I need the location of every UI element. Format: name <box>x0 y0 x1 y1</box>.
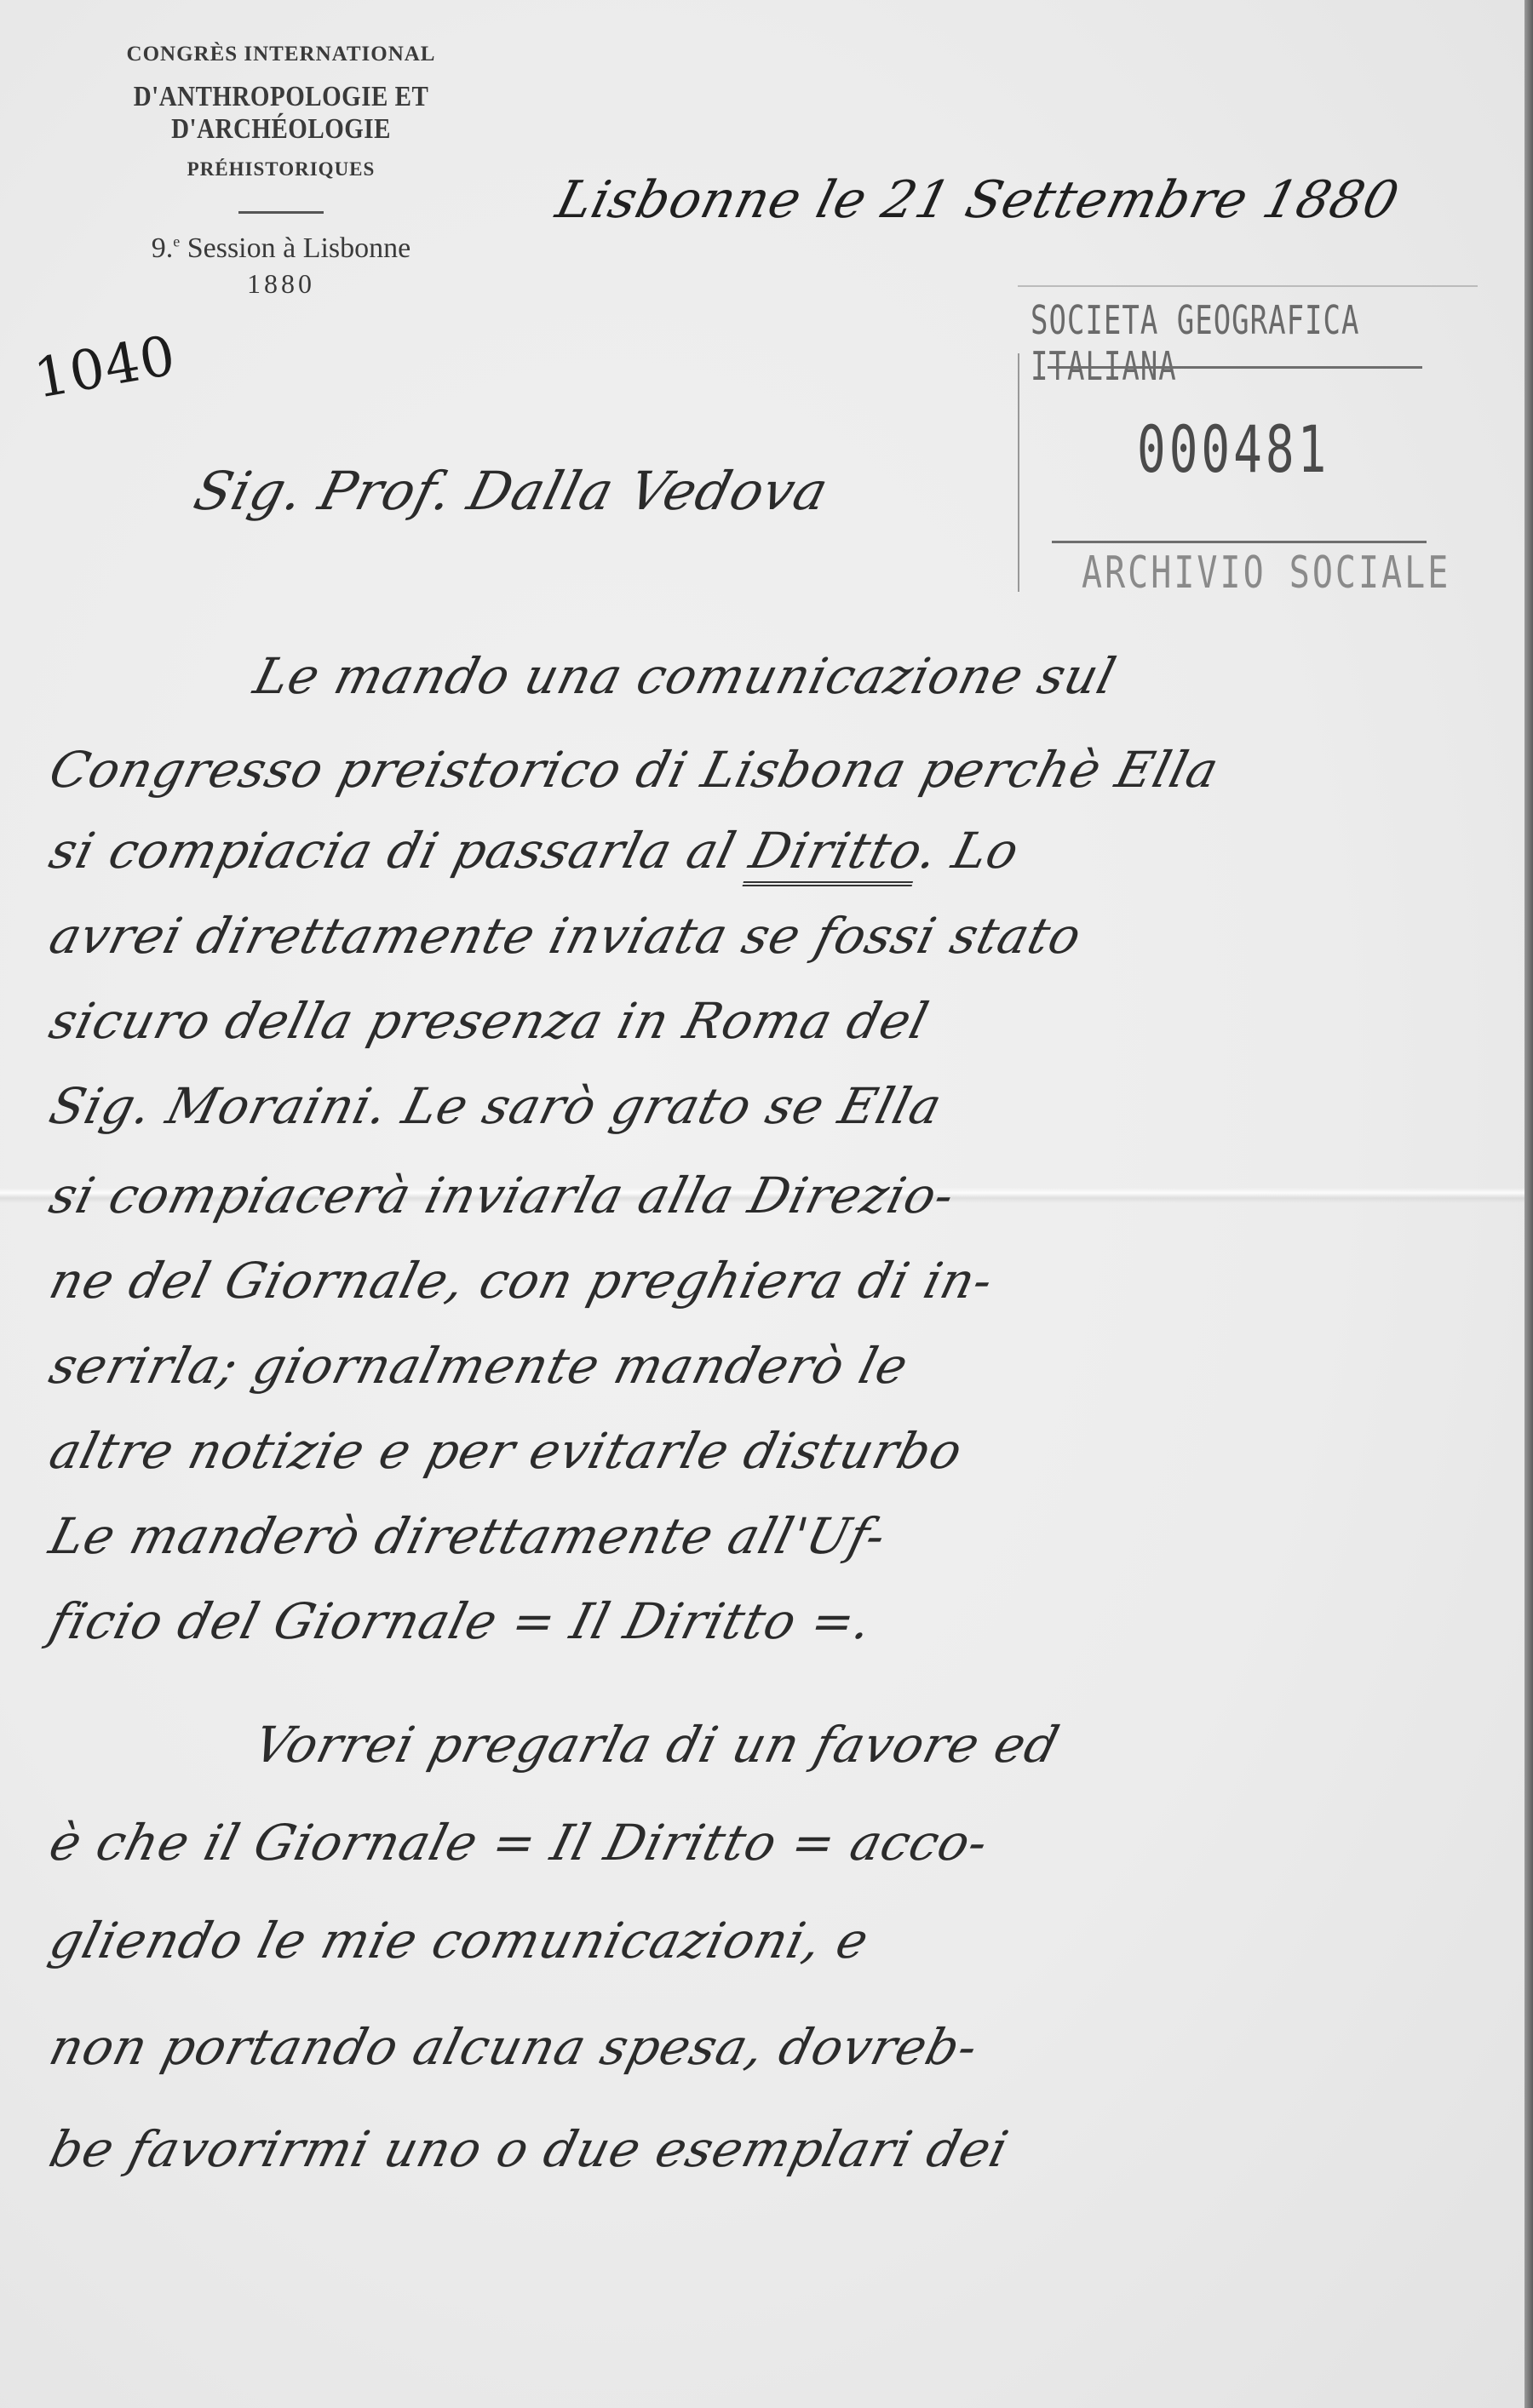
session-text: Session à Lisbonne <box>180 232 411 264</box>
body-line: Sig. Moraini. Le sarò grato se Ella <box>44 1077 949 1135</box>
stamp-border <box>1018 353 1019 592</box>
stamp-rule <box>1052 541 1427 543</box>
body-line: Vorrei pregarla di un favore ed <box>249 1716 1065 1774</box>
emphasized-word: Diritto <box>743 822 928 886</box>
body-line: ne del Giornale, con preghiera di in- <box>44 1252 1000 1310</box>
letterhead-year: 1880 <box>34 268 528 300</box>
body-text: . Lo <box>914 822 1025 880</box>
session-number: 9. <box>152 232 174 264</box>
body-line: Le manderò direttamente all'Uf- <box>44 1507 893 1565</box>
body-line: Le mando una comunicazione sul <box>249 647 1122 705</box>
archive-number: 1040 <box>30 324 181 411</box>
salutation: Sig. Prof. Dalla Vedova <box>188 460 835 522</box>
letterhead-prehistoric: PRÉHISTORIQUES <box>34 158 528 181</box>
body-line: altre notizie e per evitarle disturbo <box>44 1422 969 1480</box>
body-line: gliendo le mie comunicazioni, e <box>44 1912 876 1969</box>
letterhead-congress: CONGRÈS INTERNATIONAL <box>34 43 528 66</box>
letterhead: CONGRÈS INTERNATIONAL D'ANTHROPOLOGIE ET… <box>34 43 528 300</box>
letterhead-rule <box>238 211 324 214</box>
body-line: serirla; giornalmente manderò le <box>44 1337 915 1395</box>
stamp-number: 000481 <box>1137 413 1329 488</box>
body-line: sicuro della presenza in Roma del <box>44 992 935 1050</box>
stamp-title: SOCIETA GEOGRAFICA ITALIANA <box>1031 298 1486 390</box>
scan-edge <box>1524 0 1533 2408</box>
date-line: Lisbonne le 21 Settembre 1880 <box>550 170 1404 230</box>
body-line: avrei direttamente inviata se fossi stat… <box>44 907 1088 965</box>
body-text: si compiacia di passarla al <box>44 822 743 880</box>
body-line: si compiacerà inviarla alla Direzio- <box>44 1167 961 1224</box>
letterhead-discipline: D'ANTHROPOLOGIE ET D'ARCHÉOLOGIE <box>34 81 528 146</box>
body-line: Congresso preistorico di Lisbona perchè … <box>44 741 1226 799</box>
stamp-rule <box>1048 366 1422 369</box>
body-line: si compiacia di passarla al Diritto. Lo <box>44 822 1025 880</box>
archive-stamp: SOCIETA GEOGRAFICA ITALIANA 000481 ARCHI… <box>1018 285 1486 596</box>
body-line: non portando alcuna spesa, dovreb- <box>44 2018 985 2076</box>
letter-page: CONGRÈS INTERNATIONAL D'ANTHROPOLOGIE ET… <box>0 0 1533 2408</box>
stamp-footer: ARCHIVIO SOCIALE <box>1082 548 1450 599</box>
letterhead-session: 9.e Session à Lisbonne <box>34 232 528 265</box>
body-line: è che il Giornale = Il Diritto = acco- <box>44 1814 995 1872</box>
body-line: be favorirmi uno o due esemplari dei <box>44 2120 1015 2178</box>
stamp-top-line <box>1018 285 1478 287</box>
body-line: ficio del Giornale = Il Diritto =. <box>44 1592 879 1650</box>
